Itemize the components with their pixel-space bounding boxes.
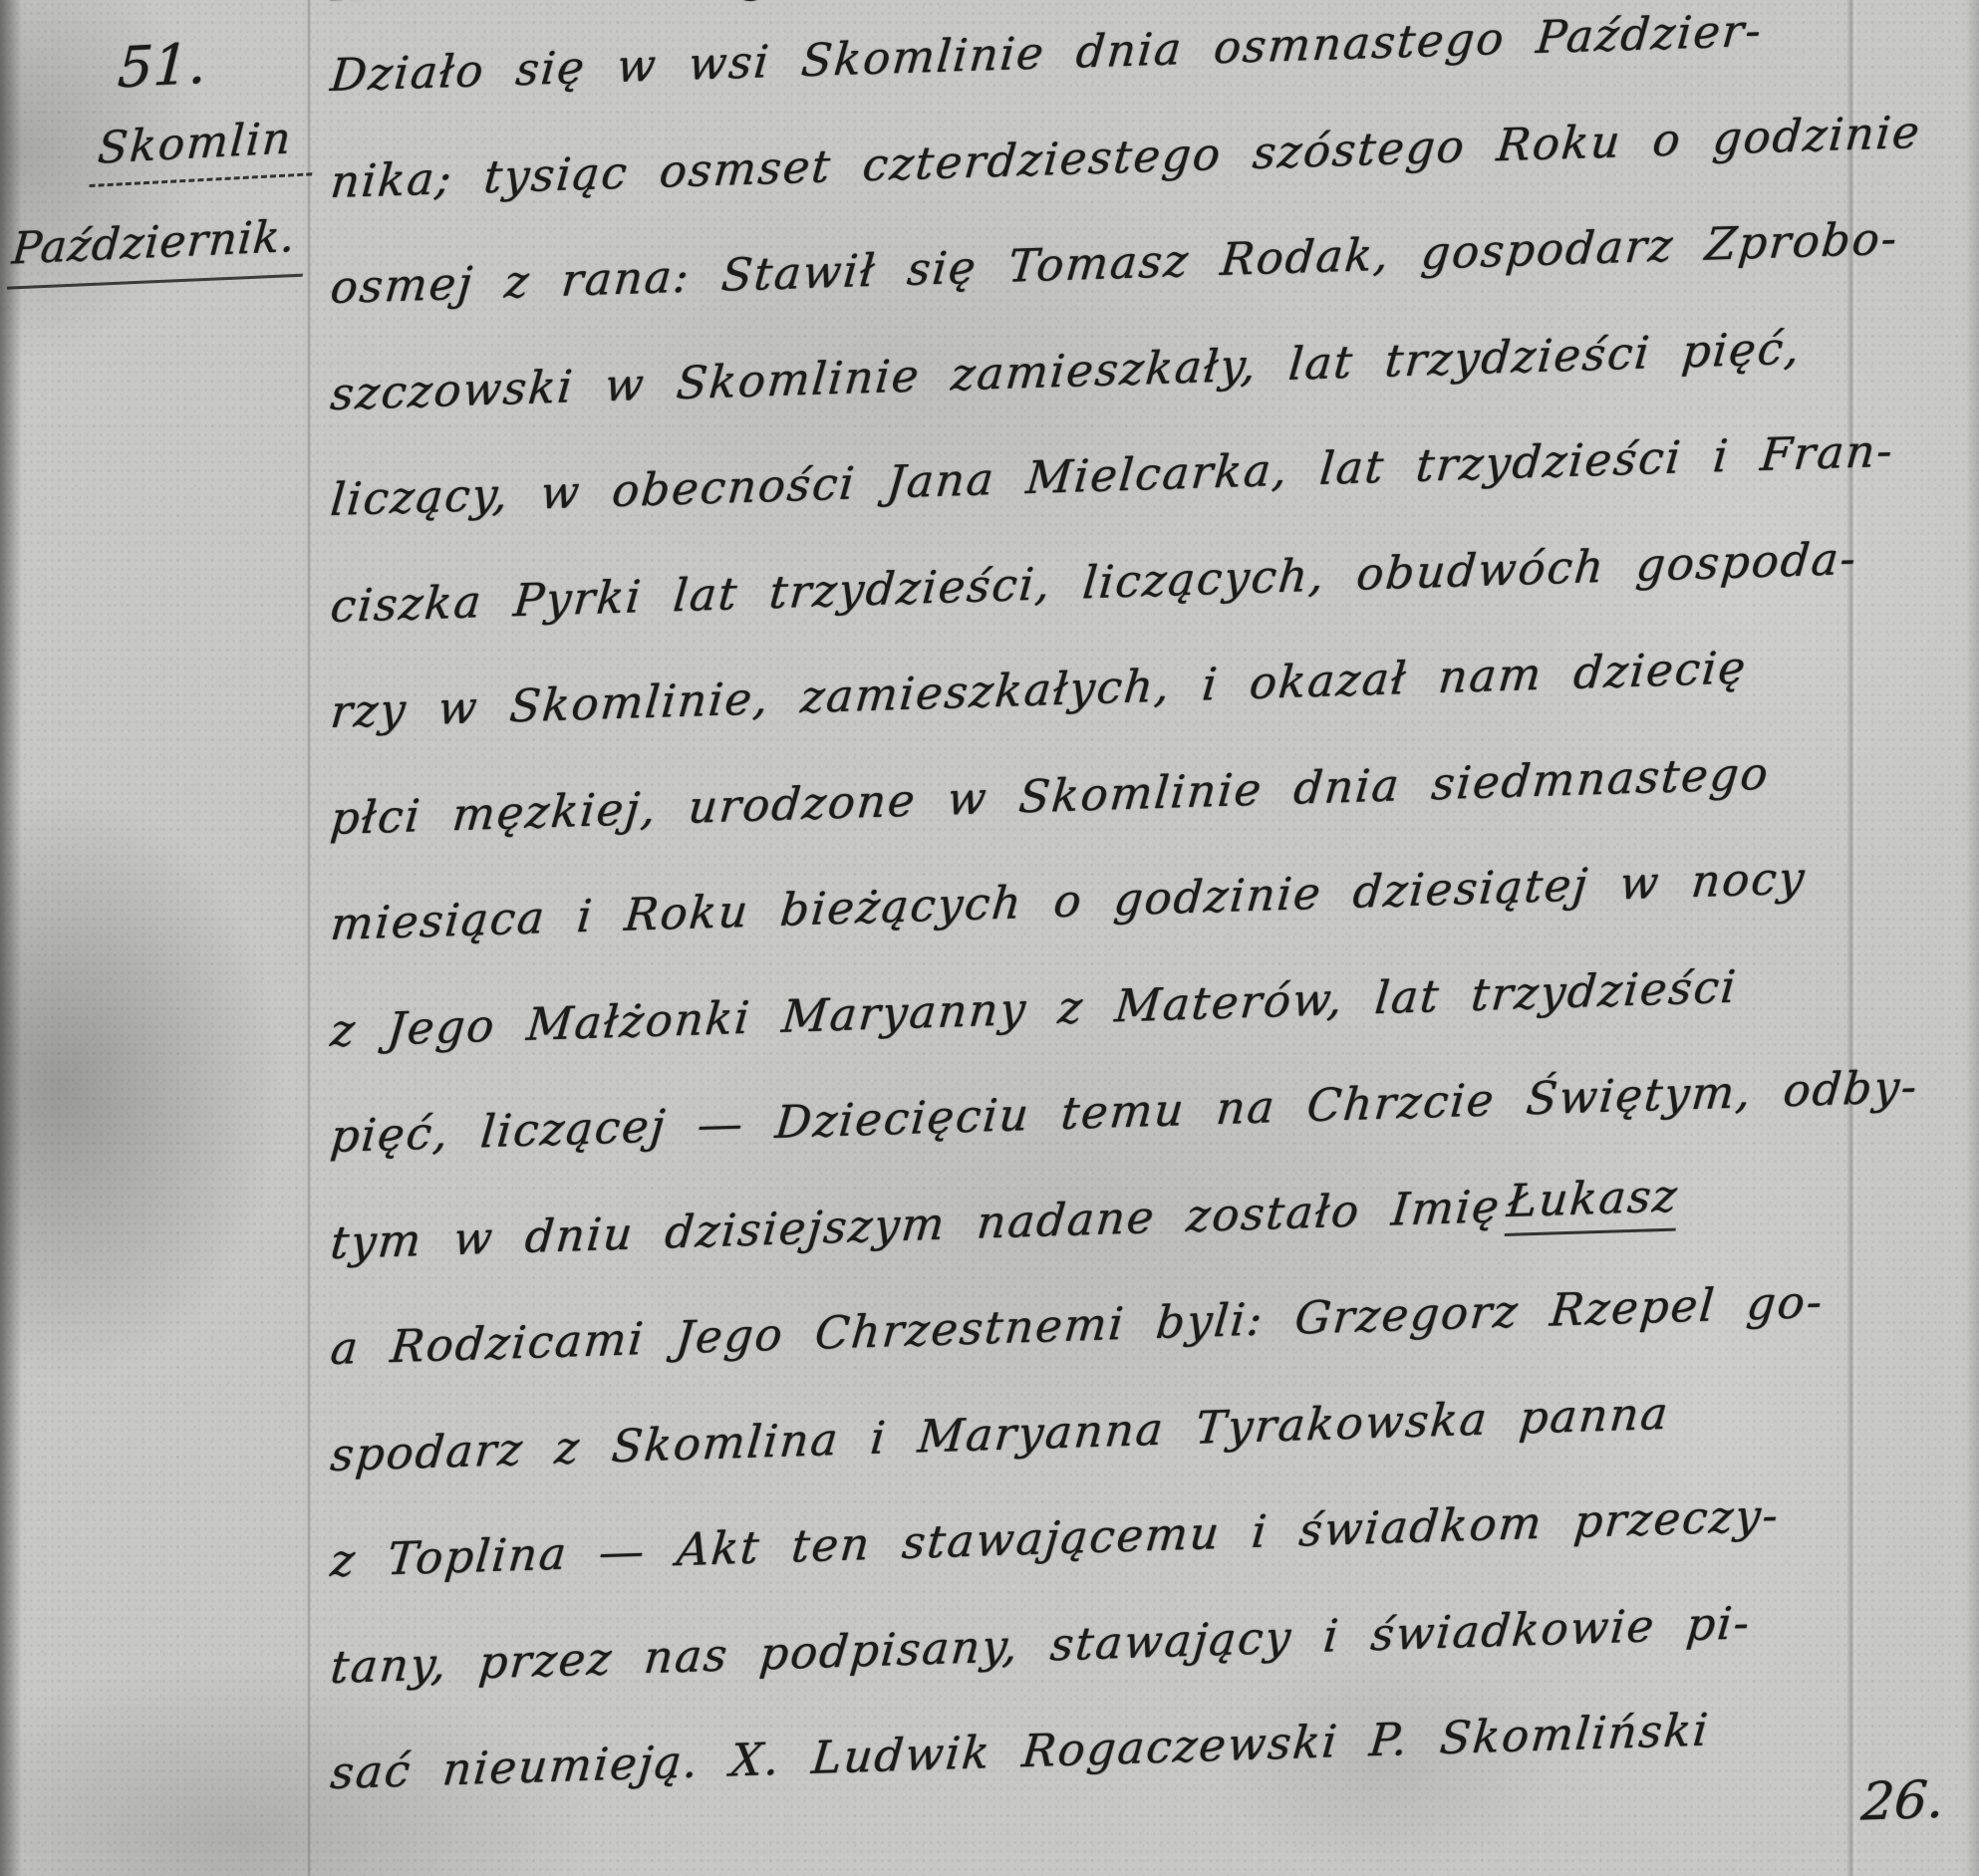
margin-rule-line: [307, 0, 311, 1876]
margin-place-name: Skomlin: [90, 112, 316, 174]
record-body: Działo się w wsi Skomlinie dnia osmnaste…: [331, 22, 1949, 1826]
scanned-record-page: X. Ludwik Rogaczewski P. Skomliński 51. …: [0, 0, 1979, 1876]
record-number: 51.: [116, 32, 207, 102]
text-line-segment: tym w dniu dzisiejszym nadane zostało Im…: [329, 1179, 1504, 1268]
margin-month-name: Październik.: [8, 210, 307, 274]
month-name-underlined: Październik.: [7, 210, 308, 289]
given-name-underlined: Łukasz: [1504, 1169, 1681, 1236]
scan-right-edge-shadow: [1965, 0, 1979, 1876]
place-name-underlined: Skomlin: [89, 112, 316, 187]
page-number: 26.: [1859, 1769, 1946, 1832]
